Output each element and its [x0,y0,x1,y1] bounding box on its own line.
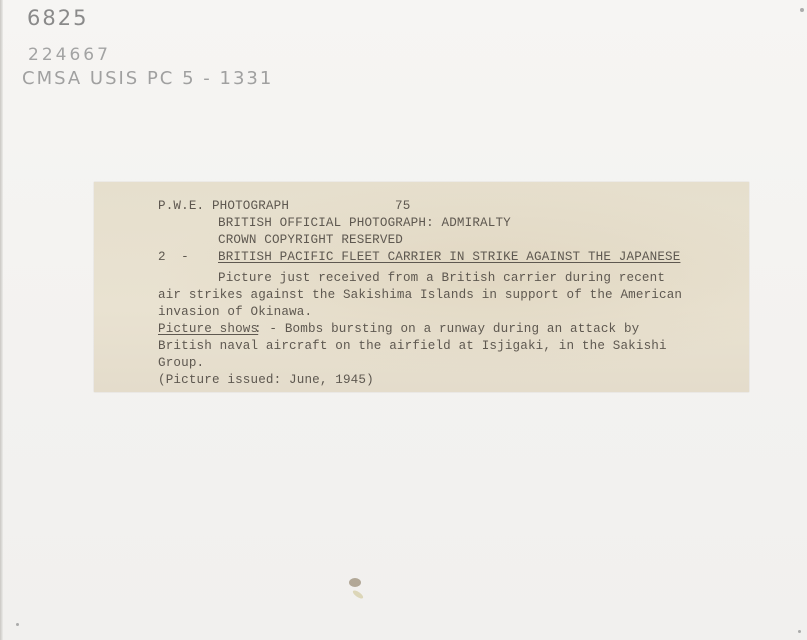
caption-photo-number: 75 [395,199,410,214]
caption-body-line: air strikes against the Sakishima Island… [158,288,682,303]
caption-clipping: P.W.E. PHOTOGRAPH 75 BRITISH OFFICIAL PH… [94,182,749,392]
caption-type: PHOTOGRAPH [212,199,289,213]
caption-agency: P.W.E. [158,199,204,213]
paper-edge [0,0,3,640]
pencil-annotation-id-number: 224667 [28,45,111,65]
caption-picture-shows-text: Group. [158,356,204,371]
pencil-annotation-catalog-number: 6825 [27,6,88,30]
dust-speck [16,623,19,626]
caption-picture-shows-text: : - Bombs bursting on a runway during an… [254,322,639,337]
adhesive-stain [349,578,361,587]
caption-picture-shows-label: Picture shows [158,322,258,337]
caption-agency-line: P.W.E. PHOTOGRAPH [158,199,289,214]
caption-headline: BRITISH PACIFIC FLEET CARRIER IN STRIKE … [218,250,680,265]
caption-issued-date: (Picture issued: June, 1945) [158,373,374,388]
caption-copyright-line: CROWN COPYRIGHT RESERVED [218,233,403,248]
pencil-annotation-collection-code: CMSA USIS PC 5 - 1331 [22,68,273,89]
dust-speck [800,8,804,12]
caption-official-line: BRITISH OFFICIAL PHOTOGRAPH: ADMIRALTY [218,216,511,231]
caption-body-line: Picture just received from a British car… [218,271,665,286]
caption-picture-shows-text: British naval aircraft on the airfield a… [158,339,667,354]
caption-item-marker: 2 - [158,250,189,265]
dust-speck [798,630,801,633]
caption-body-line: invasion of Okinawa. [158,305,312,320]
